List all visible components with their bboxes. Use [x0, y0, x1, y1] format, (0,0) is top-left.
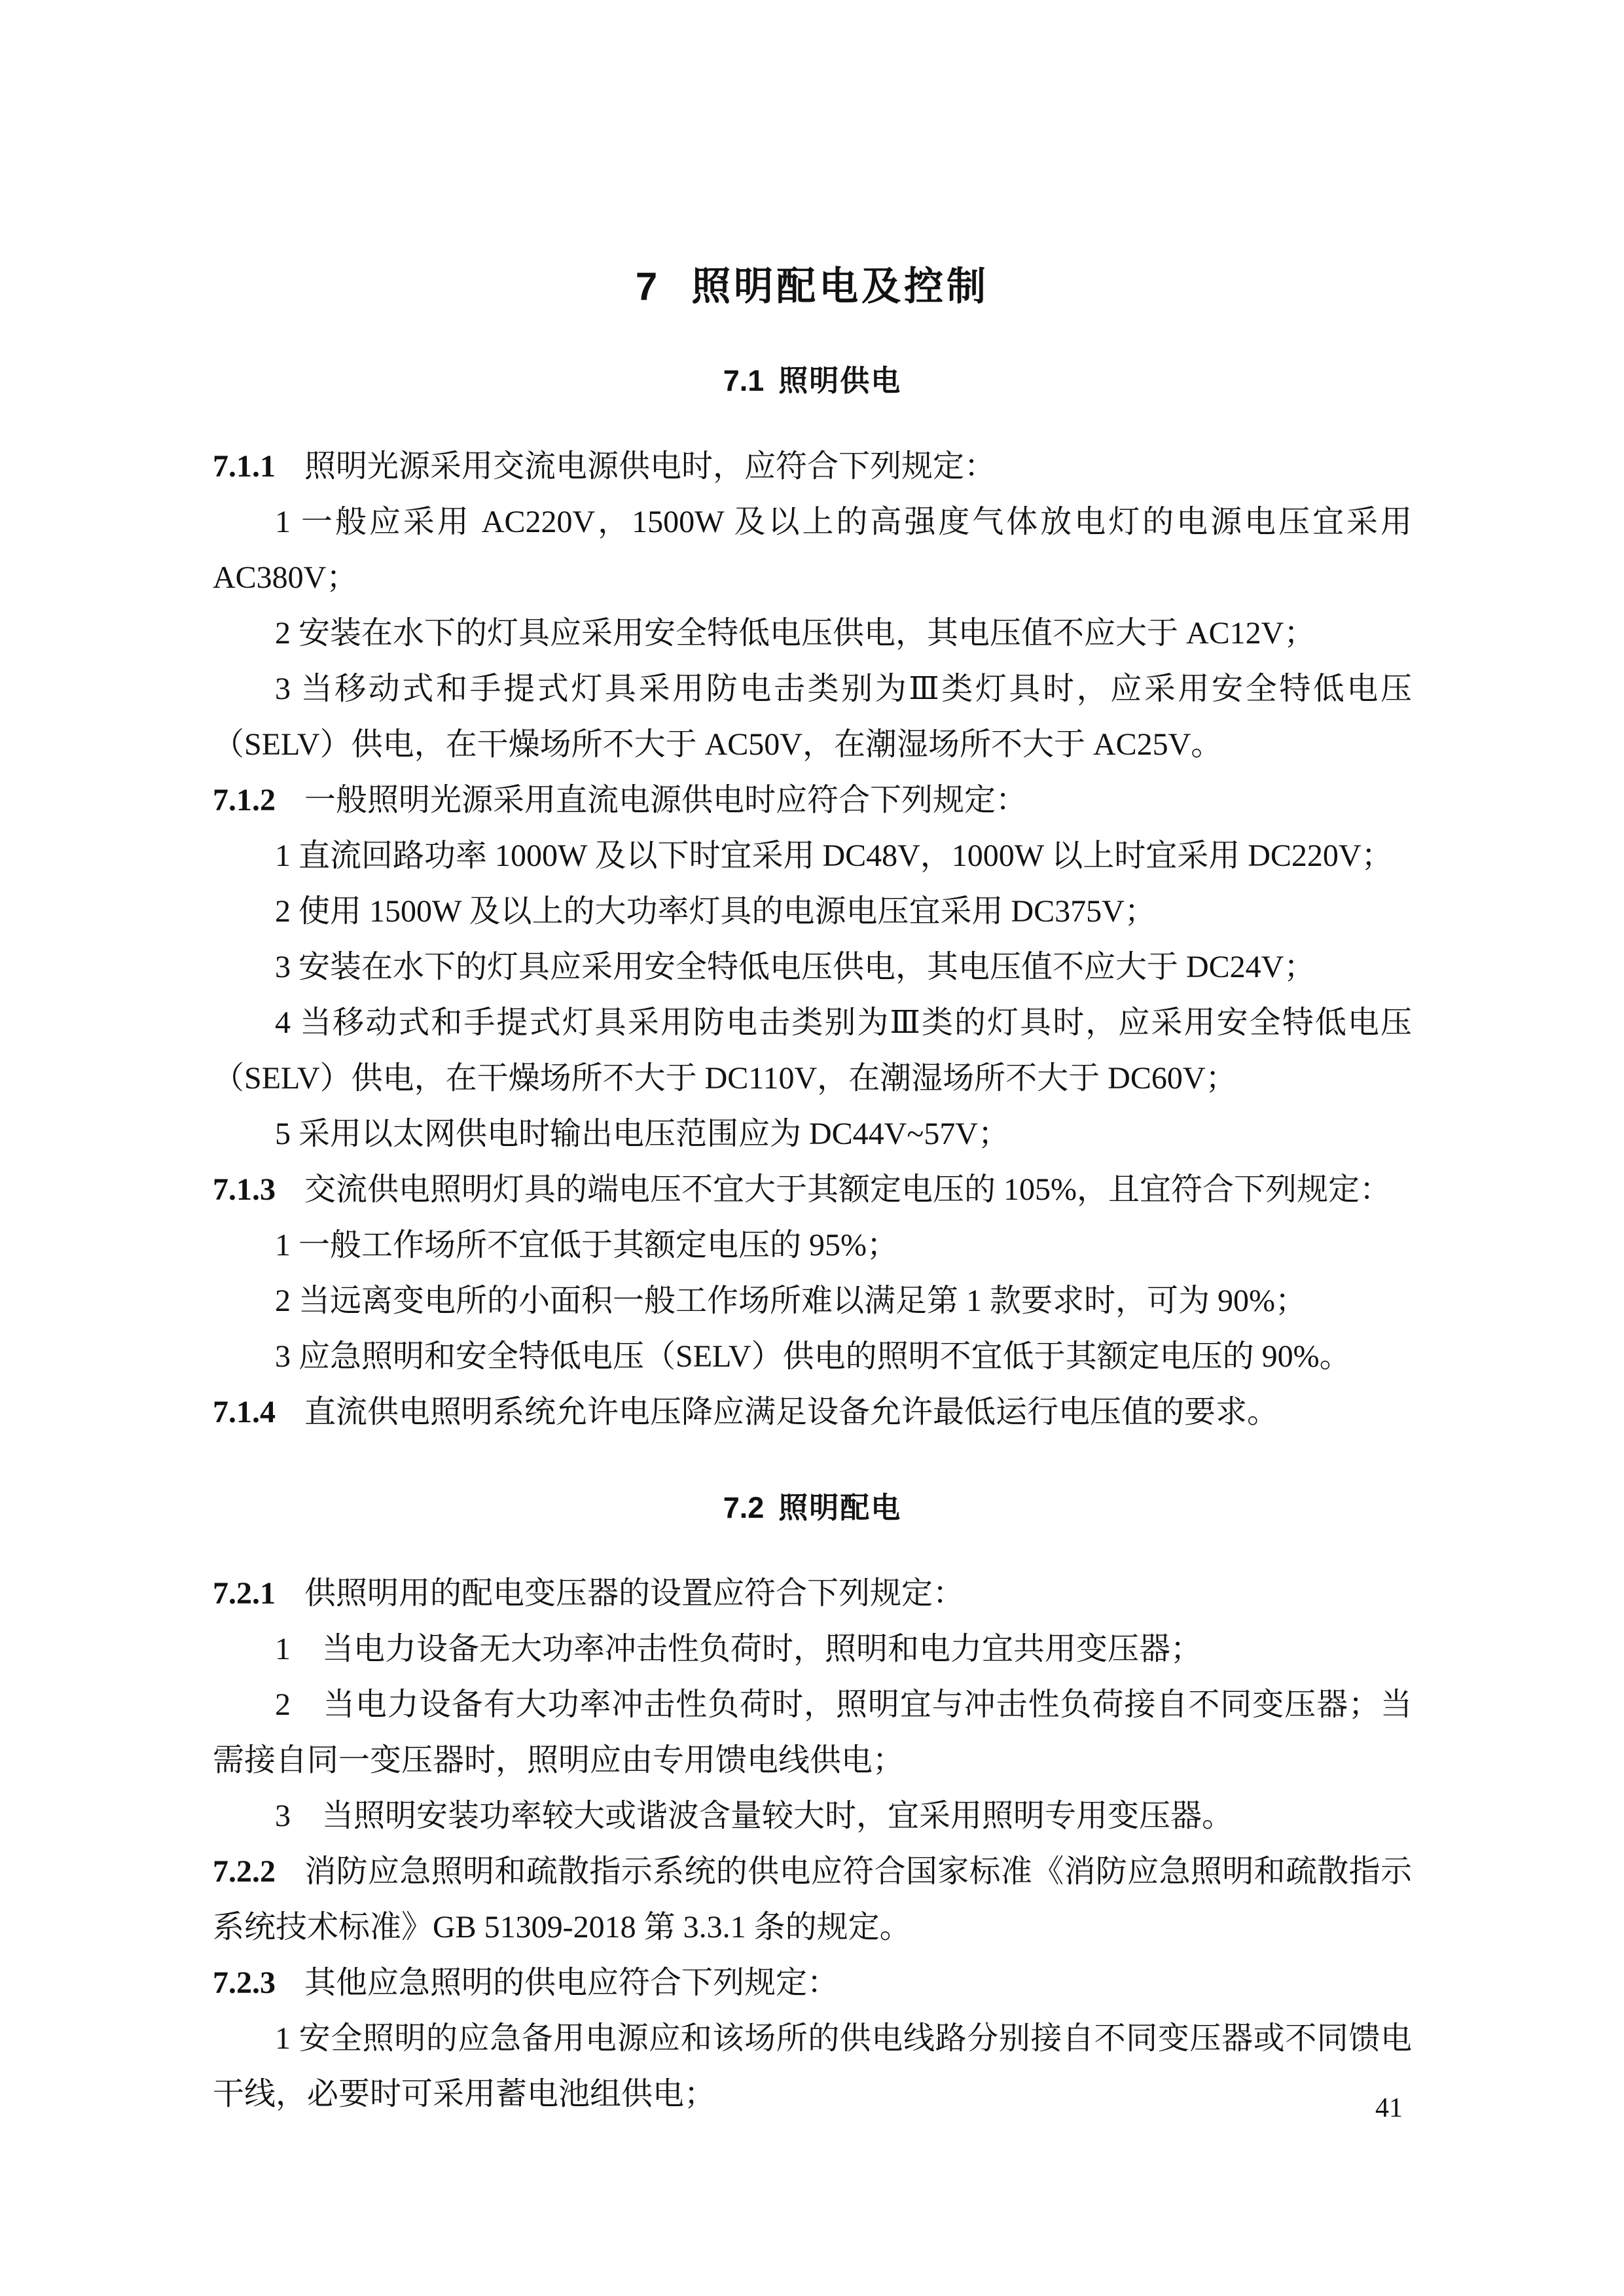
clause-7-2-2: 7.2.2消防应急照明和疏散指示系统的供电应符合国家标准《消防应急照明和疏散指示…	[213, 1844, 1412, 1955]
clause-item: 4 当移动式和手提式灯具采用防电击类别为Ⅲ类的灯具时，应采用安全特低电压（SEL…	[213, 995, 1412, 1106]
clause-item: 1 一般工作场所不宜低于其额定电压的 95%；	[213, 1217, 1412, 1273]
clause-item: 1 一般应采用 AC220V，1500W 及以上的高强度气体放电灯的电源电压宜采…	[213, 494, 1412, 605]
clause-7-2-1: 7.2.1供照明用的配电变压器的设置应符合下列规定：	[213, 1566, 1412, 1621]
section-title-text: 照明供电	[778, 364, 901, 397]
chapter-number: 7	[636, 264, 657, 308]
section-heading-7-1: 7.1照明供电	[213, 360, 1412, 402]
section-number: 7.1	[723, 364, 765, 397]
section-number: 7.2	[723, 1491, 765, 1524]
page-number: 41	[1375, 2092, 1403, 2125]
clause-item: 2 使用 1500W 及以上的大功率灯具的电源电压宜采用 DC375V；	[213, 884, 1412, 939]
clause-7-1-3: 7.1.3交流供电照明灯具的端电压不宜大于其额定电压的 105%，且宜符合下列规…	[213, 1162, 1412, 1217]
clause-number: 7.1.1	[213, 449, 276, 484]
section-heading-7-2: 7.2照明配电	[213, 1487, 1412, 1529]
clause-number: 7.1.4	[213, 1395, 276, 1429]
clause-text: 一般照明光源采用直流电源供电时应符合下列规定：	[304, 783, 1027, 817]
clause-item: 2 当电力设备有大功率冲击性负荷时，照明宜与冲击性负荷接自不同变压器；当需接自同…	[213, 1677, 1412, 1788]
clause-number: 7.2.2	[213, 1854, 276, 1889]
clause-7-1-1: 7.1.1照明光源采用交流电源供电时，应符合下列规定：	[213, 439, 1412, 494]
clause-number: 7.1.3	[213, 1172, 276, 1207]
clause-text: 供照明用的配电变压器的设置应符合下列规定：	[304, 1576, 964, 1611]
clause-text: 照明光源采用交流电源供电时，应符合下列规定：	[304, 449, 996, 484]
clause-7-1-4: 7.1.4直流供电照明系统允许电压降应满足设备允许最低运行电压值的要求。	[213, 1384, 1412, 1440]
chapter-title: 7照明配电及控制	[213, 260, 1412, 313]
clause-7-1-2: 7.1.2一般照明光源采用直流电源供电时应符合下列规定：	[213, 772, 1412, 828]
chapter-title-text: 照明配电及控制	[691, 264, 989, 308]
clause-text: 直流供电照明系统允许电压降应满足设备允许最低运行电压值的要求。	[304, 1395, 1278, 1429]
clause-number: 7.2.3	[213, 1965, 276, 2000]
clause-item: 3 安装在水下的灯具应采用安全特低电压供电，其电压值不应大于 DC24V；	[213, 939, 1412, 995]
clause-item: 1 安全照明的应急备用电源应和该场所的供电线路分别接自不同变压器或不同馈电干线，…	[213, 2011, 1412, 2122]
clause-text: 交流供电照明灯具的端电压不宜大于其额定电压的 105%，且宜符合下列规定：	[304, 1172, 1391, 1207]
document-page: 7照明配电及控制 7.1照明供电 7.1.1照明光源采用交流电源供电时，应符合下…	[0, 0, 1624, 2296]
page-content: 7照明配电及控制 7.1照明供电 7.1.1照明光源采用交流电源供电时，应符合下…	[0, 0, 1624, 2122]
clause-item: 1 当电力设备无大功率冲击性负荷时，照明和电力宜共用变压器；	[213, 1621, 1412, 1677]
clause-number: 7.1.2	[213, 783, 276, 817]
clause-text: 消防应急照明和疏散指示系统的供电应符合国家标准《消防应急照明和疏散指示系统技术标…	[213, 1854, 1412, 1945]
clause-item: 3 当移动式和手提式灯具采用防电击类别为Ⅲ类灯具时，应采用安全特低电压（SELV…	[213, 661, 1412, 772]
clause-text: 其他应急照明的供电应符合下列规定：	[304, 1965, 839, 2000]
section-title-text: 照明配电	[778, 1491, 901, 1524]
clause-item: 2 当远离变电所的小面积一般工作场所难以满足第 1 款要求时，可为 90%；	[213, 1273, 1412, 1329]
clause-item: 2 安装在水下的灯具应采用安全特低电压供电，其电压值不应大于 AC12V；	[213, 605, 1412, 661]
clause-item: 1 直流回路功率 1000W 及以下时宜采用 DC48V，1000W 以上时宜采…	[213, 828, 1412, 884]
clause-item: 3 应急照明和安全特低电压（SELV）供电的照明不宜低于其额定电压的 90%。	[213, 1329, 1412, 1384]
clause-item: 3 当照明安装功率较大或谐波含量较大时，宜采用照明专用变压器。	[213, 1788, 1412, 1844]
clause-item: 5 采用以太网供电时输出电压范围应为 DC44V~57V；	[213, 1106, 1412, 1162]
clause-7-2-3: 7.2.3其他应急照明的供电应符合下列规定：	[213, 1955, 1412, 2011]
clause-number: 7.2.1	[213, 1576, 276, 1611]
